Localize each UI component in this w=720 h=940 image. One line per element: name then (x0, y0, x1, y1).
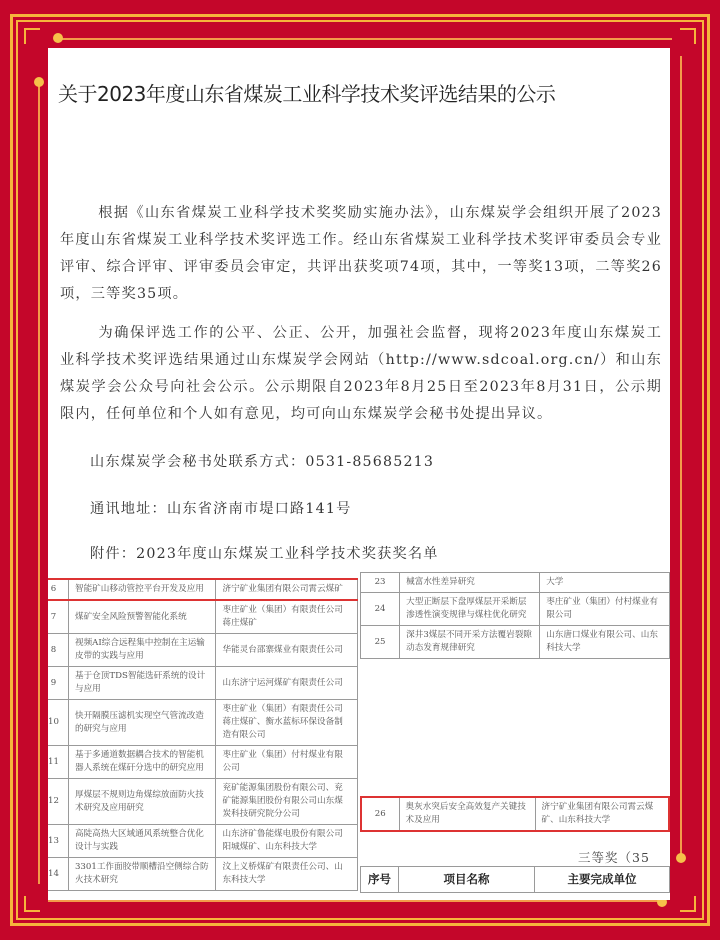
frame-dot-icon (53, 33, 63, 43)
address-info: 通讯地址：山东省济南市堤口路141号 (90, 498, 352, 518)
table-row: 25深井3煤层不同开采方法覆岩裂隙动态发育规律研究山东唐口煤业有限公司、山东科技… (361, 626, 670, 659)
table-row: 11基于多通道数据耦合技术的智能机器人系统在煤矸分选中的研究应用枣庄矿业（集团）… (48, 746, 358, 779)
frame-right-line (680, 56, 682, 858)
paragraph-2: 为确保评选工作的公平、公正、公开，加强社会监督，现将2023年度山东煤炭工业科学… (60, 320, 662, 428)
table-row: 26奥灰水突后安全高效复产关键技术及应用济宁矿业集团有限公司霄云煤矿、山东科技大… (361, 797, 669, 831)
table-row: 23械富水性差异研究大学 (361, 573, 670, 593)
table-row: 6智能矿山移动管控平台开发及应用济宁矿业集团有限公司霄云煤矿 (48, 579, 358, 600)
award-table-right-highlight: 26奥灰水突后安全高效复产关键技术及应用济宁矿业集团有限公司霄云煤矿、山东科技大… (360, 796, 670, 832)
corner-ornament-icon (680, 896, 696, 912)
page-title: 关于2023年度山东省煤炭工业科学技术奖评选结果的公示 (58, 78, 555, 107)
table-row: 12厚煤层不规则边角煤综放面防火技术研究及应用研究兖矿能源集团股份有限公司、兖矿… (48, 779, 358, 825)
frame-left-line (38, 82, 40, 884)
table-row: 7煤矿安全风险预警智能化系统枣庄矿业（集团）有限责任公司蒋庄煤矿 (48, 600, 358, 634)
table-row: 143301工作面胶带顺槽沿空侧综合防火技术研究汶上义桥煤矿有限责任公司、山东科… (48, 858, 358, 891)
frame-top-line (58, 38, 672, 40)
table-row: 24大型正断层下盘厚煤层开采断层渗透性演变规律与煤柱优化研究枣庄矿业（集团）付村… (361, 593, 670, 626)
frame-bottom-line (48, 900, 662, 902)
frame-dot-icon (676, 853, 686, 863)
table-row: 9基于仓顶TDS智能选矸系统的设计与应用山东济宁运河煤矿有限责任公司 (48, 667, 358, 700)
table-row: 13高陡高热大区域通风系统整合优化设计与实践山东济矿鲁能煤电股份有限公司阳城煤矿… (48, 825, 358, 858)
document-paper: 关于2023年度山东省煤炭工业科学技术奖评选结果的公示 根据《山东省煤炭工业科学… (48, 48, 670, 900)
corner-ornament-icon (24, 28, 40, 44)
award-table-right: 23械富水性差异研究大学 24大型正断层下盘厚煤层开采断层渗透性演变规律与煤柱优… (360, 572, 670, 659)
table-header-row: 序号 项目名称 主要完成单位 (361, 867, 670, 893)
frame-dot-icon (34, 77, 44, 87)
award-table-left: 6智能矿山移动管控平台开发及应用济宁矿业集团有限公司霄云煤矿 7煤矿安全风险预警… (48, 578, 358, 891)
table-row: 10快开隔膜压滤机实现空气管流改造的研究与应用枣庄矿业（集团）有限责任公司蒋庄煤… (48, 700, 358, 746)
table-row: 8视频AI综合远程集中控制在主运输皮带的实践与应用华能灵台邵寨煤业有限责任公司 (48, 634, 358, 667)
contact-info: 山东煤炭学会秘书处联系方式：0531-85685213 (90, 451, 434, 471)
attachment-label: 附件：2023年度山东煤炭工业科学技术奖获奖名单 (90, 543, 439, 563)
corner-ornament-icon (680, 28, 696, 44)
paragraph-1: 根据《山东省煤炭工业科学技术奖奖励实施办法》，山东煤炭学会组织开展了2023年度… (60, 200, 662, 308)
corner-ornament-icon (24, 896, 40, 912)
third-prize-table-header: 序号 项目名称 主要完成单位 (360, 866, 670, 893)
